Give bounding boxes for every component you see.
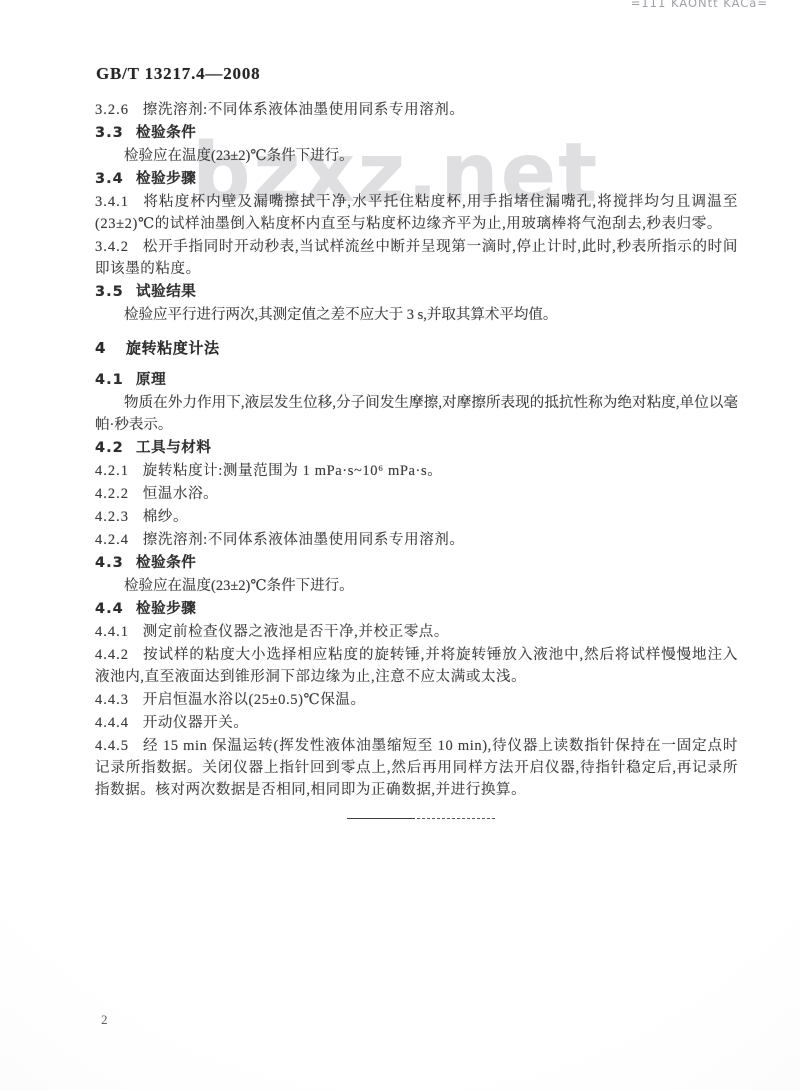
heading-number: 3.5 xyxy=(95,284,124,300)
heading-text: 检验步骤 xyxy=(136,171,196,187)
clause-number: 4.2.4 xyxy=(95,532,129,548)
clause-text: 棉纱。 xyxy=(143,509,188,525)
heading-text: 工具与材料 xyxy=(136,440,212,456)
clause-4-4-2: 4.4.2按试样的粘度大小选择相应粘度的旋转锤,并将旋转锤放入液池中,然后将试样… xyxy=(95,644,738,688)
clause-number: 4.4.3 xyxy=(95,692,129,708)
heading-text: 检验步骤 xyxy=(136,601,196,617)
heading-3-3: 3.3检验条件 xyxy=(95,122,738,144)
para-3-3-body: 检验应在温度(23±2)℃条件下进行。 xyxy=(95,145,738,167)
para-4-1-body: 物质在外力作用下,液层发生位移,分子间发生摩擦,对摩擦所表现的抵抗性称为绝对粘度… xyxy=(95,392,738,436)
heading-number: 4.1 xyxy=(95,372,124,388)
page-number: 2 xyxy=(101,1012,108,1028)
clause-3-4-2: 3.4.2松开手指同时开动秒表,当试样流丝中断并呈现第一滴时,停止计时,此时,秒… xyxy=(95,236,738,280)
clause-4-2-2: 4.2.2恒温水浴。 xyxy=(95,483,738,505)
para-3-5-body: 检验应平行进行两次,其测定值之差不应大于 3 s,并取其算术平均值。 xyxy=(95,304,738,326)
clause-number: 4.2.1 xyxy=(95,463,129,479)
clause-text: 擦洗溶剂:不同体系液体油墨使用同系专用溶剂。 xyxy=(143,102,465,118)
heading-number: 4.4 xyxy=(95,601,124,617)
heading-4-1: 4.1原理 xyxy=(95,369,738,391)
standard-number-header: GB/T 13217.4—2008 xyxy=(96,64,260,84)
heading-3-5: 3.5试验结果 xyxy=(95,281,738,303)
clause-4-2-3: 4.2.3棉纱。 xyxy=(95,506,738,528)
document-body: 3.2.6擦洗溶剂:不同体系液体油墨使用同系专用溶剂。 3.3检验条件 检验应在… xyxy=(95,99,738,819)
heading-4-4: 4.4检验步骤 xyxy=(95,598,738,620)
clause-number: 3.2.6 xyxy=(95,102,129,118)
clause-text: 将粘度杯内壁及漏嘴擦拭干净,水平托住粘度杯,用手指堵住漏嘴孔,将搅拌均匀且调温至… xyxy=(95,194,738,232)
clause-3-2-6: 3.2.6擦洗溶剂:不同体系液体油墨使用同系专用溶剂。 xyxy=(95,99,738,121)
clause-4-2-1: 4.2.1旋转粘度计:测量范围为 1 mPa·s~10⁶ mPa·s。 xyxy=(95,460,738,482)
heading-3-4: 3.4检验步骤 xyxy=(95,168,738,190)
clause-number: 4.2.2 xyxy=(95,486,129,502)
heading-text: 检验条件 xyxy=(136,555,196,571)
end-of-section-rule xyxy=(347,818,495,819)
clause-4-4-4: 4.4.4开动仪器开关。 xyxy=(95,712,738,734)
chapter-title: 旋转粘度计法 xyxy=(126,339,220,357)
clause-number: 3.4.2 xyxy=(95,239,129,255)
heading-number: 4.3 xyxy=(95,555,124,571)
clause-4-4-1: 4.4.1测定前检查仪器之液池是否干净,并校正零点。 xyxy=(95,621,738,643)
clause-4-4-3: 4.4.3开启恒温水浴以(25±0.5)℃保温。 xyxy=(95,689,738,711)
clause-text: 旋转粘度计:测量范围为 1 mPa·s~10⁶ mPa·s。 xyxy=(143,463,443,479)
scanned-standard-page: =111 KAONtt KACa= GB/T 13217.4—2008 bzxz… xyxy=(0,0,800,1090)
heading-text: 原理 xyxy=(136,372,166,388)
clause-3-4-1: 3.4.1将粘度杯内壁及漏嘴擦拭干净,水平托住粘度杯,用手指堵住漏嘴孔,将搅拌均… xyxy=(95,191,738,235)
chapter-number: 4 xyxy=(95,339,106,357)
clause-number: 3.4.1 xyxy=(95,194,129,210)
clause-text: 开启恒温水浴以(25±0.5)℃保温。 xyxy=(143,692,366,708)
clause-text: 松开手指同时开动秒表,当试样流丝中断并呈现第一滴时,停止计时,此时,秒表所指示的… xyxy=(95,239,738,277)
clause-text: 按试样的粘度大小选择相应粘度的旋转锤,并将旋转锤放入液池中,然后将试样慢慢地注入… xyxy=(95,647,738,685)
clause-text: 恒温水浴。 xyxy=(143,486,219,502)
clause-text: 擦洗溶剂:不同体系液体油墨使用同系专用溶剂。 xyxy=(143,532,465,548)
heading-text: 试验结果 xyxy=(136,284,196,300)
clause-text: 经 15 min 保温运转(挥发性液体油墨缩短至 10 min),待仪器上读数指… xyxy=(95,738,738,798)
clause-number: 4.4.1 xyxy=(95,624,129,640)
chapter-4-heading: 4旋转粘度计法 xyxy=(95,337,738,359)
heading-text: 检验条件 xyxy=(136,125,196,141)
clause-number: 4.4.5 xyxy=(95,738,129,754)
heading-number: 3.4 xyxy=(95,171,124,187)
clause-text: 测定前检查仪器之液池是否干净,并校正零点。 xyxy=(143,624,449,640)
clause-4-2-4: 4.2.4擦洗溶剂:不同体系液体油墨使用同系专用溶剂。 xyxy=(95,529,738,551)
clause-number: 4.4.2 xyxy=(95,647,129,663)
para-4-3-body: 检验应在温度(23±2)℃条件下进行。 xyxy=(95,575,738,597)
clause-number: 4.2.3 xyxy=(95,509,129,525)
scan-artifact-text: =111 KAONtt KACa= xyxy=(631,0,768,10)
clause-text: 开动仪器开关。 xyxy=(143,715,249,731)
clause-4-4-5: 4.4.5经 15 min 保温运转(挥发性液体油墨缩短至 10 min),待仪… xyxy=(95,735,738,801)
heading-number: 4.2 xyxy=(95,440,124,456)
heading-4-3: 4.3检验条件 xyxy=(95,552,738,574)
heading-4-2: 4.2工具与材料 xyxy=(95,437,738,459)
clause-number: 4.4.4 xyxy=(95,715,129,731)
heading-number: 3.3 xyxy=(95,125,124,141)
